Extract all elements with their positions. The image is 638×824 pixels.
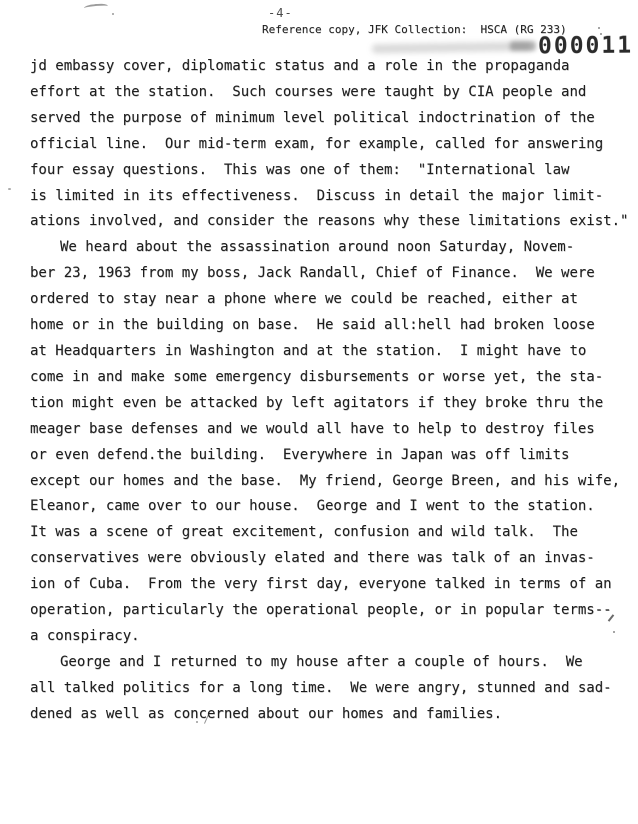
text-line: at Headquarters in Washington and at the… [30, 339, 638, 365]
text-line: home or in the building on base. He said… [30, 313, 638, 339]
scan-artifact-dot [8, 188, 11, 190]
text-line: effort at the station. Such courses were… [30, 80, 638, 106]
scan-artifact-dot [112, 13, 114, 15]
text-line: ion of Cuba. From the very first day, ev… [30, 572, 638, 598]
text-line: or even defend.the building. Everywhere … [30, 443, 638, 469]
text-line: tion might even be attacked by left agit… [30, 391, 638, 417]
text-line: ber 23, 1963 from my boss, Jack Randall,… [30, 261, 638, 287]
scan-artifact-smear [510, 41, 536, 51]
text-line: meager base defenses and we would all ha… [30, 417, 638, 443]
document-page: -4- Reference copy, JFK Collection: HSCA… [0, 0, 638, 824]
text-line: served the purpose of minimum level poli… [30, 106, 638, 132]
scan-artifact-dot [598, 27, 600, 29]
text-line: conservatives were obviously elated and … [30, 546, 638, 572]
text-line: Eleanor, came over to our house. George … [30, 494, 638, 520]
text-line: dened as well as concerned about our hom… [30, 702, 638, 728]
text-line: except our homes and the base. My friend… [30, 469, 638, 495]
text-line: four essay questions. This was one of th… [30, 158, 638, 184]
scan-artifact-squiggle [84, 3, 109, 12]
text-line: George and I returned to my house after … [30, 650, 638, 676]
reference-copy-line: Reference copy, JFK Collection: HSCA (RG… [262, 23, 567, 36]
text-line: jd embassy cover, diplomatic status and … [30, 54, 638, 80]
text-line: It was a scene of great excitement, conf… [30, 520, 638, 546]
document-body: jd embassy cover, diplomatic status and … [30, 54, 638, 728]
text-line: come in and make some emergency disburse… [30, 365, 638, 391]
scan-artifact-smear [372, 42, 532, 54]
text-line: is limited in its effectiveness. Discuss… [30, 184, 638, 210]
page-number: -4- [268, 6, 293, 20]
text-line: official line. Our mid-term exam, for ex… [30, 132, 638, 158]
text-line: We heard about the assassination around … [30, 235, 638, 261]
text-line: all talked politics for a long time. We … [30, 676, 638, 702]
text-line: ordered to stay near a phone where we co… [30, 287, 638, 313]
text-line: operation, particularly the operational … [30, 598, 638, 624]
text-line: a conspiracy. [30, 624, 638, 650]
text-line: ations involved, and consider the reason… [30, 209, 638, 235]
